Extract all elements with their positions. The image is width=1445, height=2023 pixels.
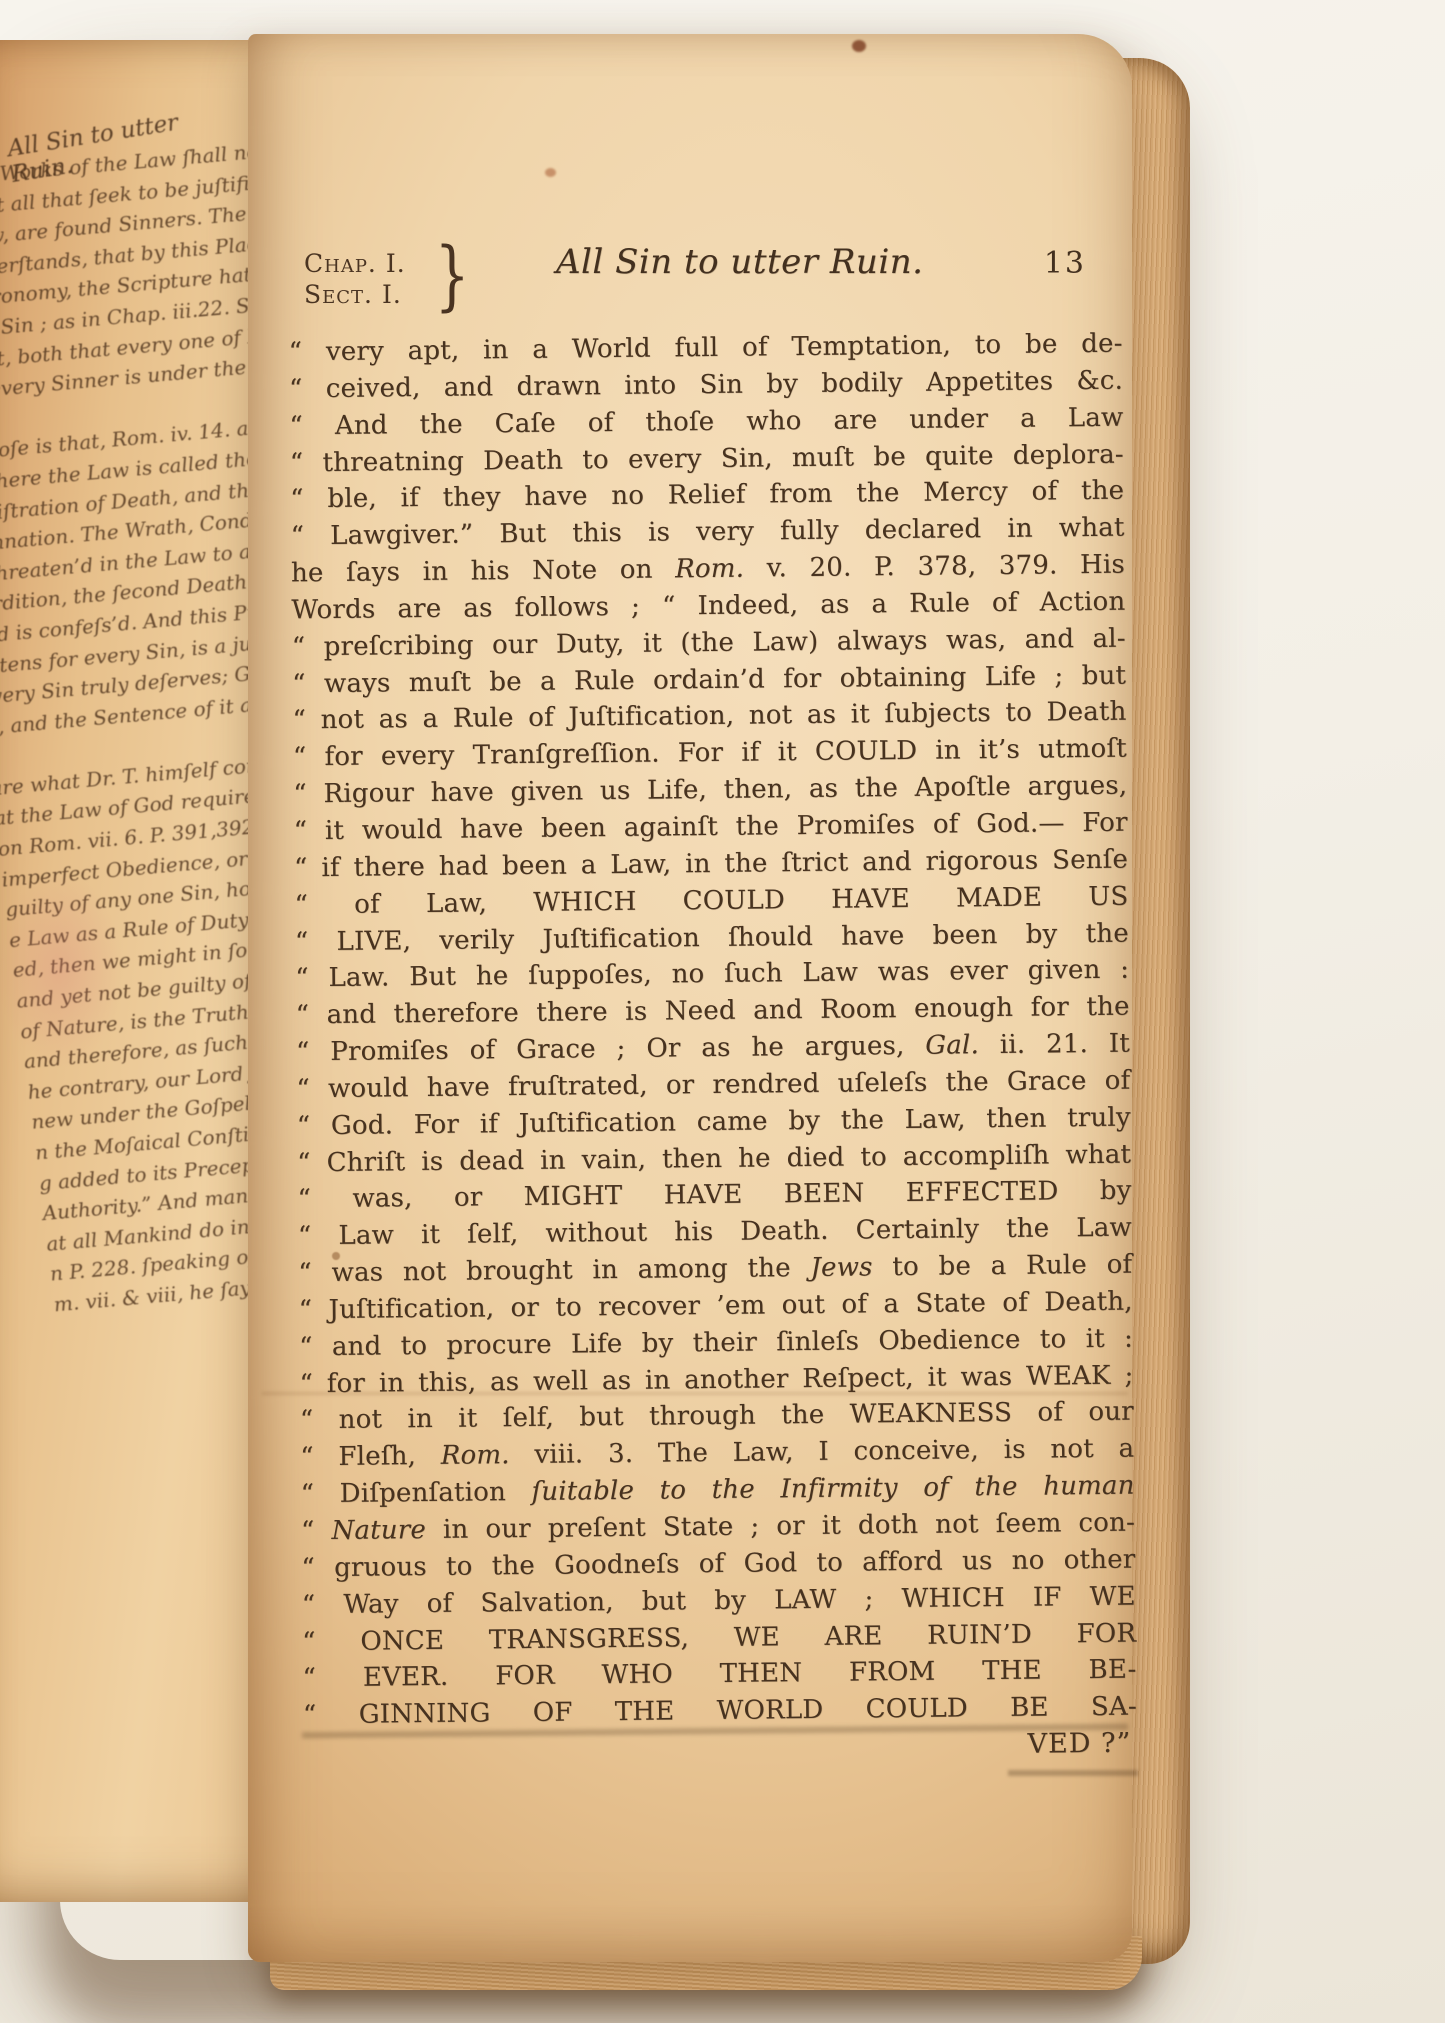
rust-stain-dot <box>545 168 556 177</box>
page-crease <box>262 1392 1128 1395</box>
chapter-section-block: Chap. I. Sect. I. <box>304 248 406 310</box>
chapter-label: Chap. I. <box>304 248 406 279</box>
running-title: All Sin to utter Ruin. <box>556 242 923 282</box>
body-text: “ very apt, in a World full of Temptatio… <box>288 326 1137 1772</box>
book-photo: All Sin to utter Ruin. Part . By the Wor… <box>0 0 1445 2023</box>
small-stain-dot <box>332 1252 340 1260</box>
ink-smudge-small <box>1008 1770 1138 1776</box>
body-lines: “ very apt, in a World full of Temptatio… <box>288 326 1137 1735</box>
dark-stain-dot <box>852 40 866 52</box>
pink-stain <box>0 830 150 1110</box>
section-label: Sect. I. <box>304 279 406 310</box>
page-header: Chap. I. Sect. I. } All Sin to utter Rui… <box>298 240 1130 340</box>
page-number: 13 <box>1044 246 1086 281</box>
brace-glyph: } <box>435 230 470 319</box>
